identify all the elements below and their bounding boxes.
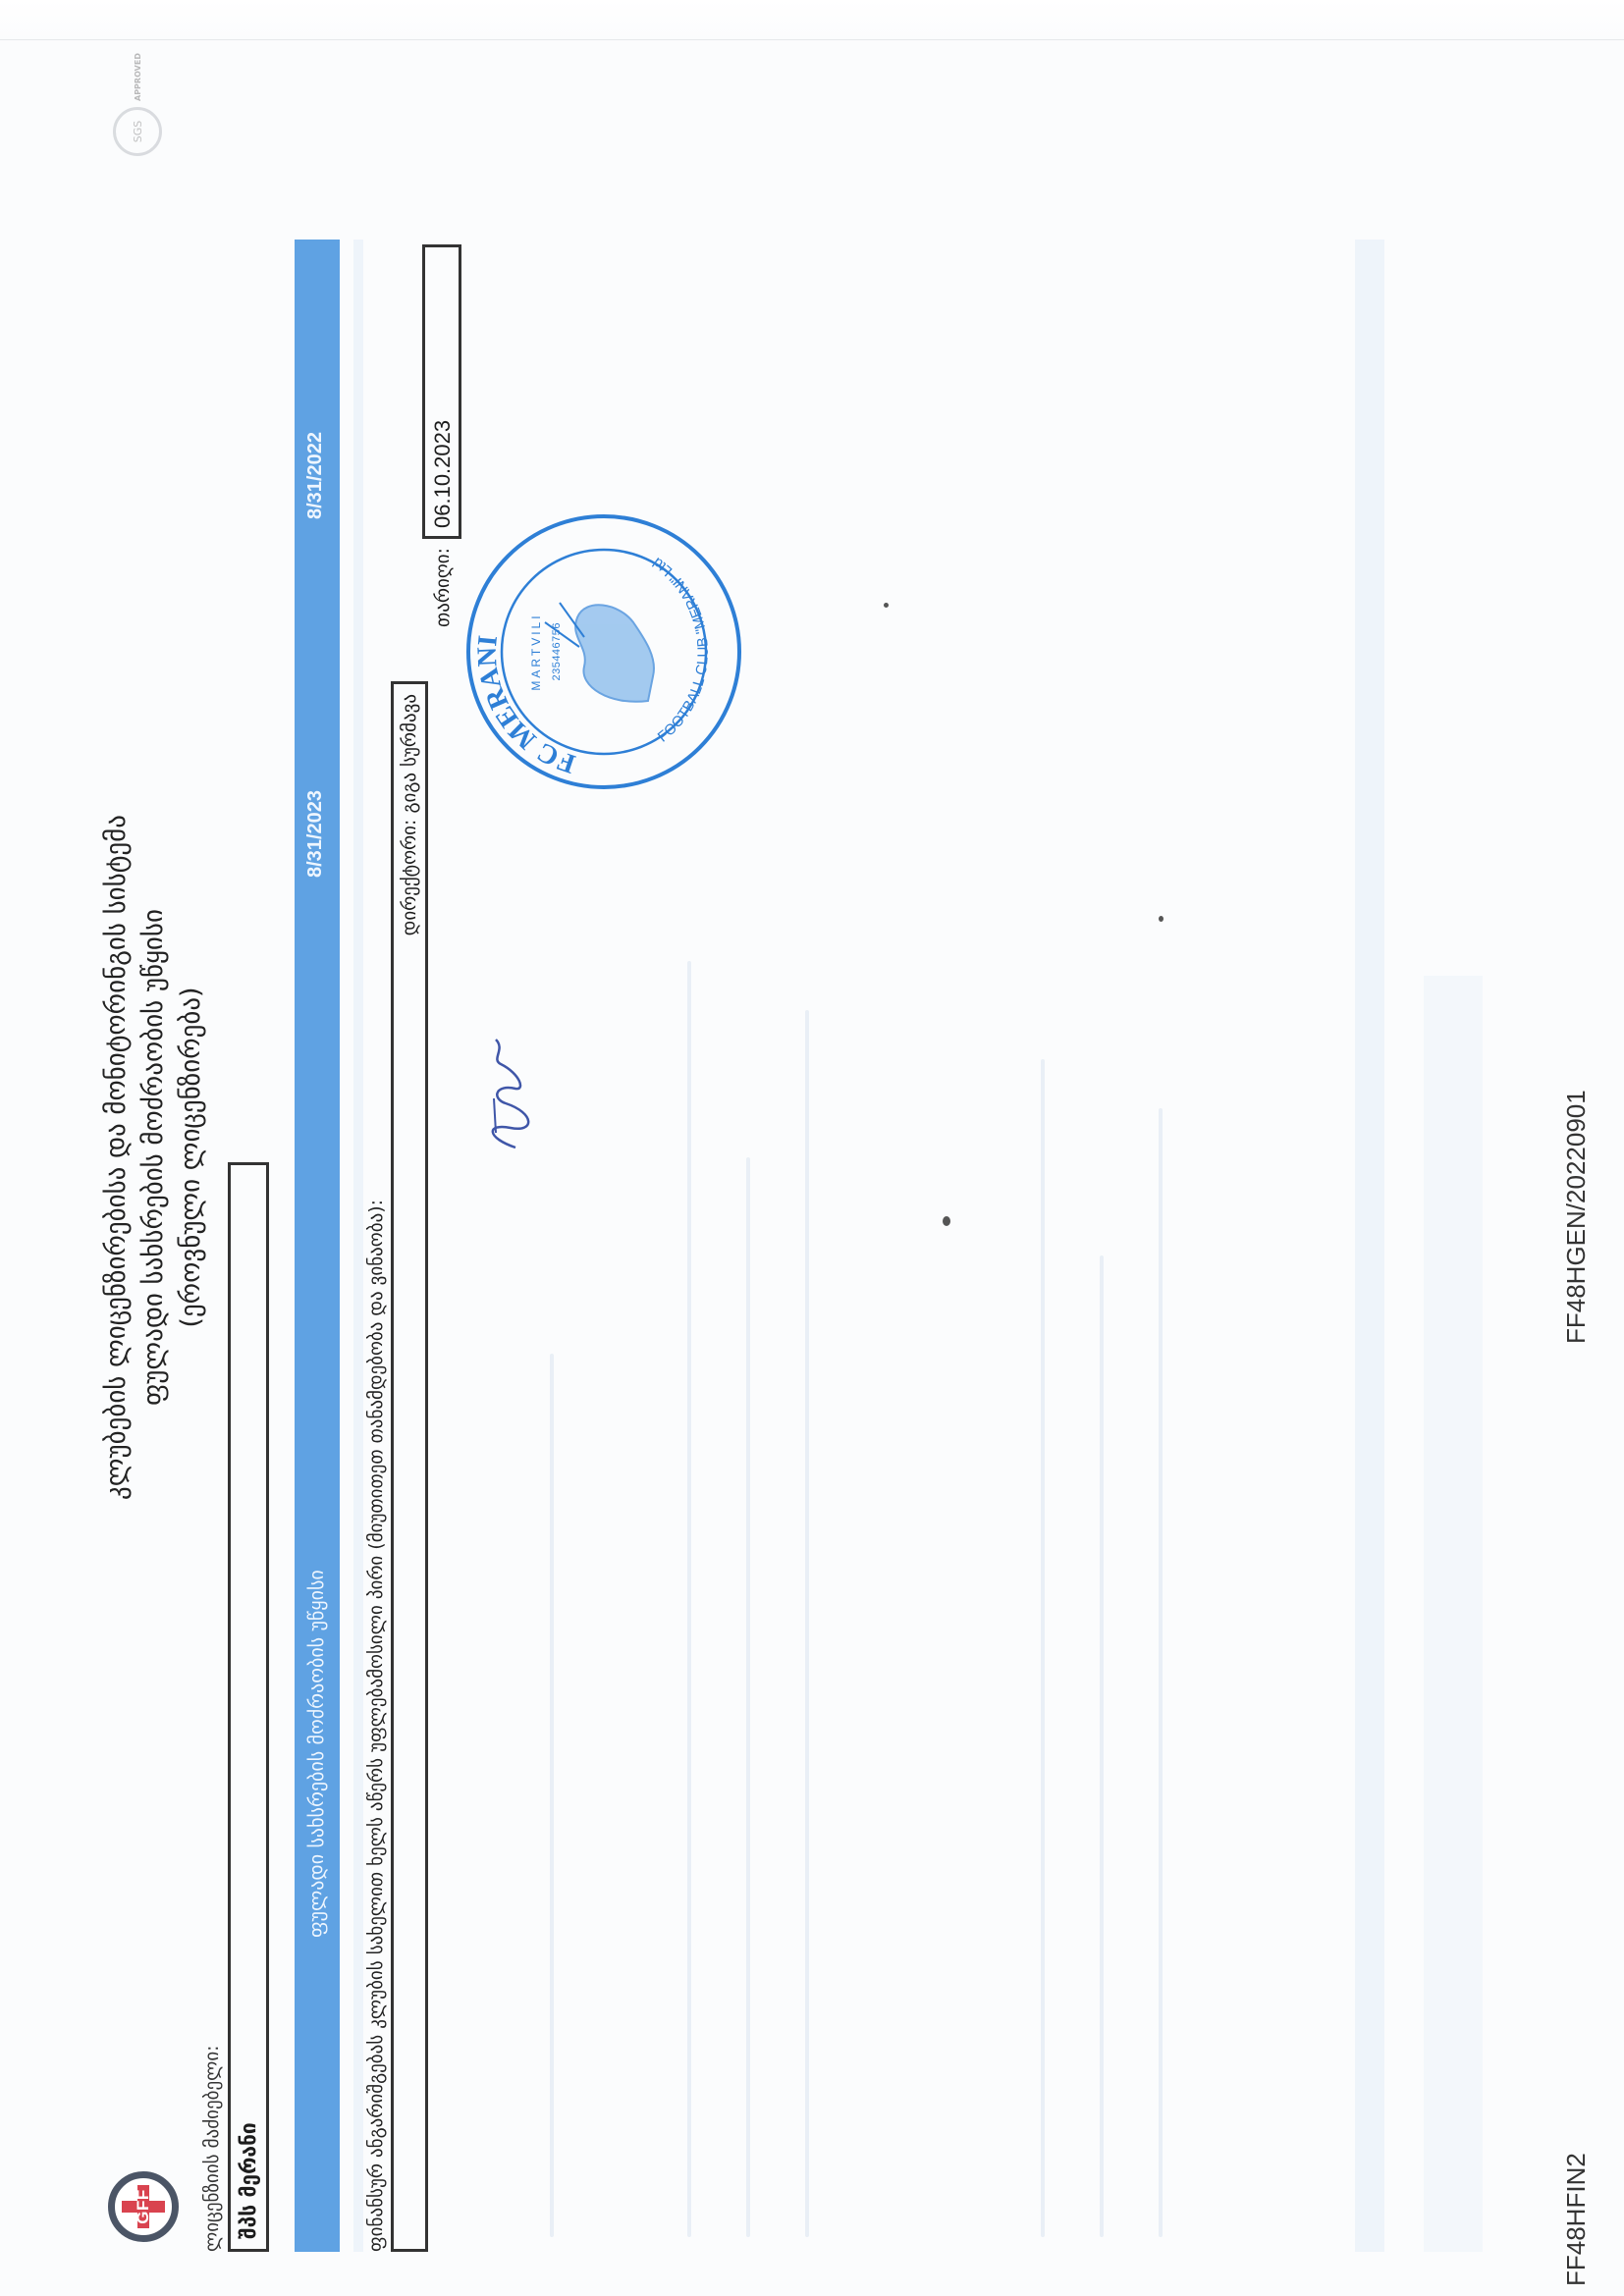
section-title: ფულადი სახსრების მოძრაობის უწყისი	[304, 1570, 328, 1938]
bleed-line	[1159, 1108, 1163, 2237]
scan-speck	[1159, 916, 1164, 922]
title-line-3: (ეროვნული ლიცენზირება)	[173, 568, 210, 1746]
period-previous: 8/31/2022	[304, 432, 327, 519]
bleed-line	[746, 1157, 750, 2237]
signer-field[interactable]: დირექტორი: გიგა სურმავა	[391, 681, 428, 2252]
svg-text:FOOTBALL CLUB "MERANI" Ltd: FOOTBALL CLUB "MERANI" Ltd	[650, 554, 712, 745]
date-label: თარიღი:	[432, 548, 454, 627]
title-line-1: კლუბების ლიცენზირებისა და მონიტორინგის ს…	[98, 568, 135, 1746]
bleed-line	[1041, 1059, 1045, 2237]
bleed-through	[1355, 240, 1384, 2252]
scan-speck	[884, 603, 889, 608]
sgs-approved-badge: SGS APPROVED	[108, 48, 167, 156]
svg-text:MARTVILI: MARTVILI	[529, 613, 543, 690]
licensee-field[interactable]: შპს მერანი	[228, 1162, 269, 2252]
approved-label: APPROVED	[134, 53, 142, 101]
section-header-bar: ფულადი სახსრების მოძრაობის უწყისი 8/31/2…	[295, 240, 340, 2252]
bleed-line	[805, 1010, 809, 2237]
gff-logo: GFF	[108, 2171, 179, 2242]
title-line-2: ფულადი სახსრების მოძრაობის უწყისი	[135, 568, 173, 1746]
date-field[interactable]: 06.10.2023	[422, 244, 461, 539]
period-current: 8/31/2023	[304, 790, 327, 878]
licensee-label: ლიცენზიის მაძიებელი:	[201, 2045, 223, 2252]
document-title: კლუბების ლიცენზირებისა და მონიტორინგის ს…	[98, 568, 210, 1746]
template-code: FF48HGEN/20220901	[1561, 1090, 1592, 1344]
rotated-document-page: GFF კლუბების ლიცენზირებისა და მონიტორინგ…	[0, 0, 1624, 2296]
company-stamp: FC MERANI FOOTBALL CLUB "MERANI" Ltd MAR…	[461, 509, 746, 794]
bleed-through	[353, 240, 363, 2252]
bleed-through	[1424, 976, 1483, 2252]
bleed-line	[687, 961, 691, 2237]
declaration-text: ფინანსურ ანგარიშგებას კლუბის სახელით ხელ…	[365, 1200, 387, 2252]
bleed-line	[550, 1354, 554, 2237]
scan-speck	[943, 1216, 950, 1226]
sgs-logo-icon: SGS	[113, 107, 162, 156]
signature-scribble	[466, 1030, 545, 1157]
bleed-line	[1100, 1255, 1104, 2237]
form-code: FF48HFIN2	[1561, 2153, 1592, 2286]
